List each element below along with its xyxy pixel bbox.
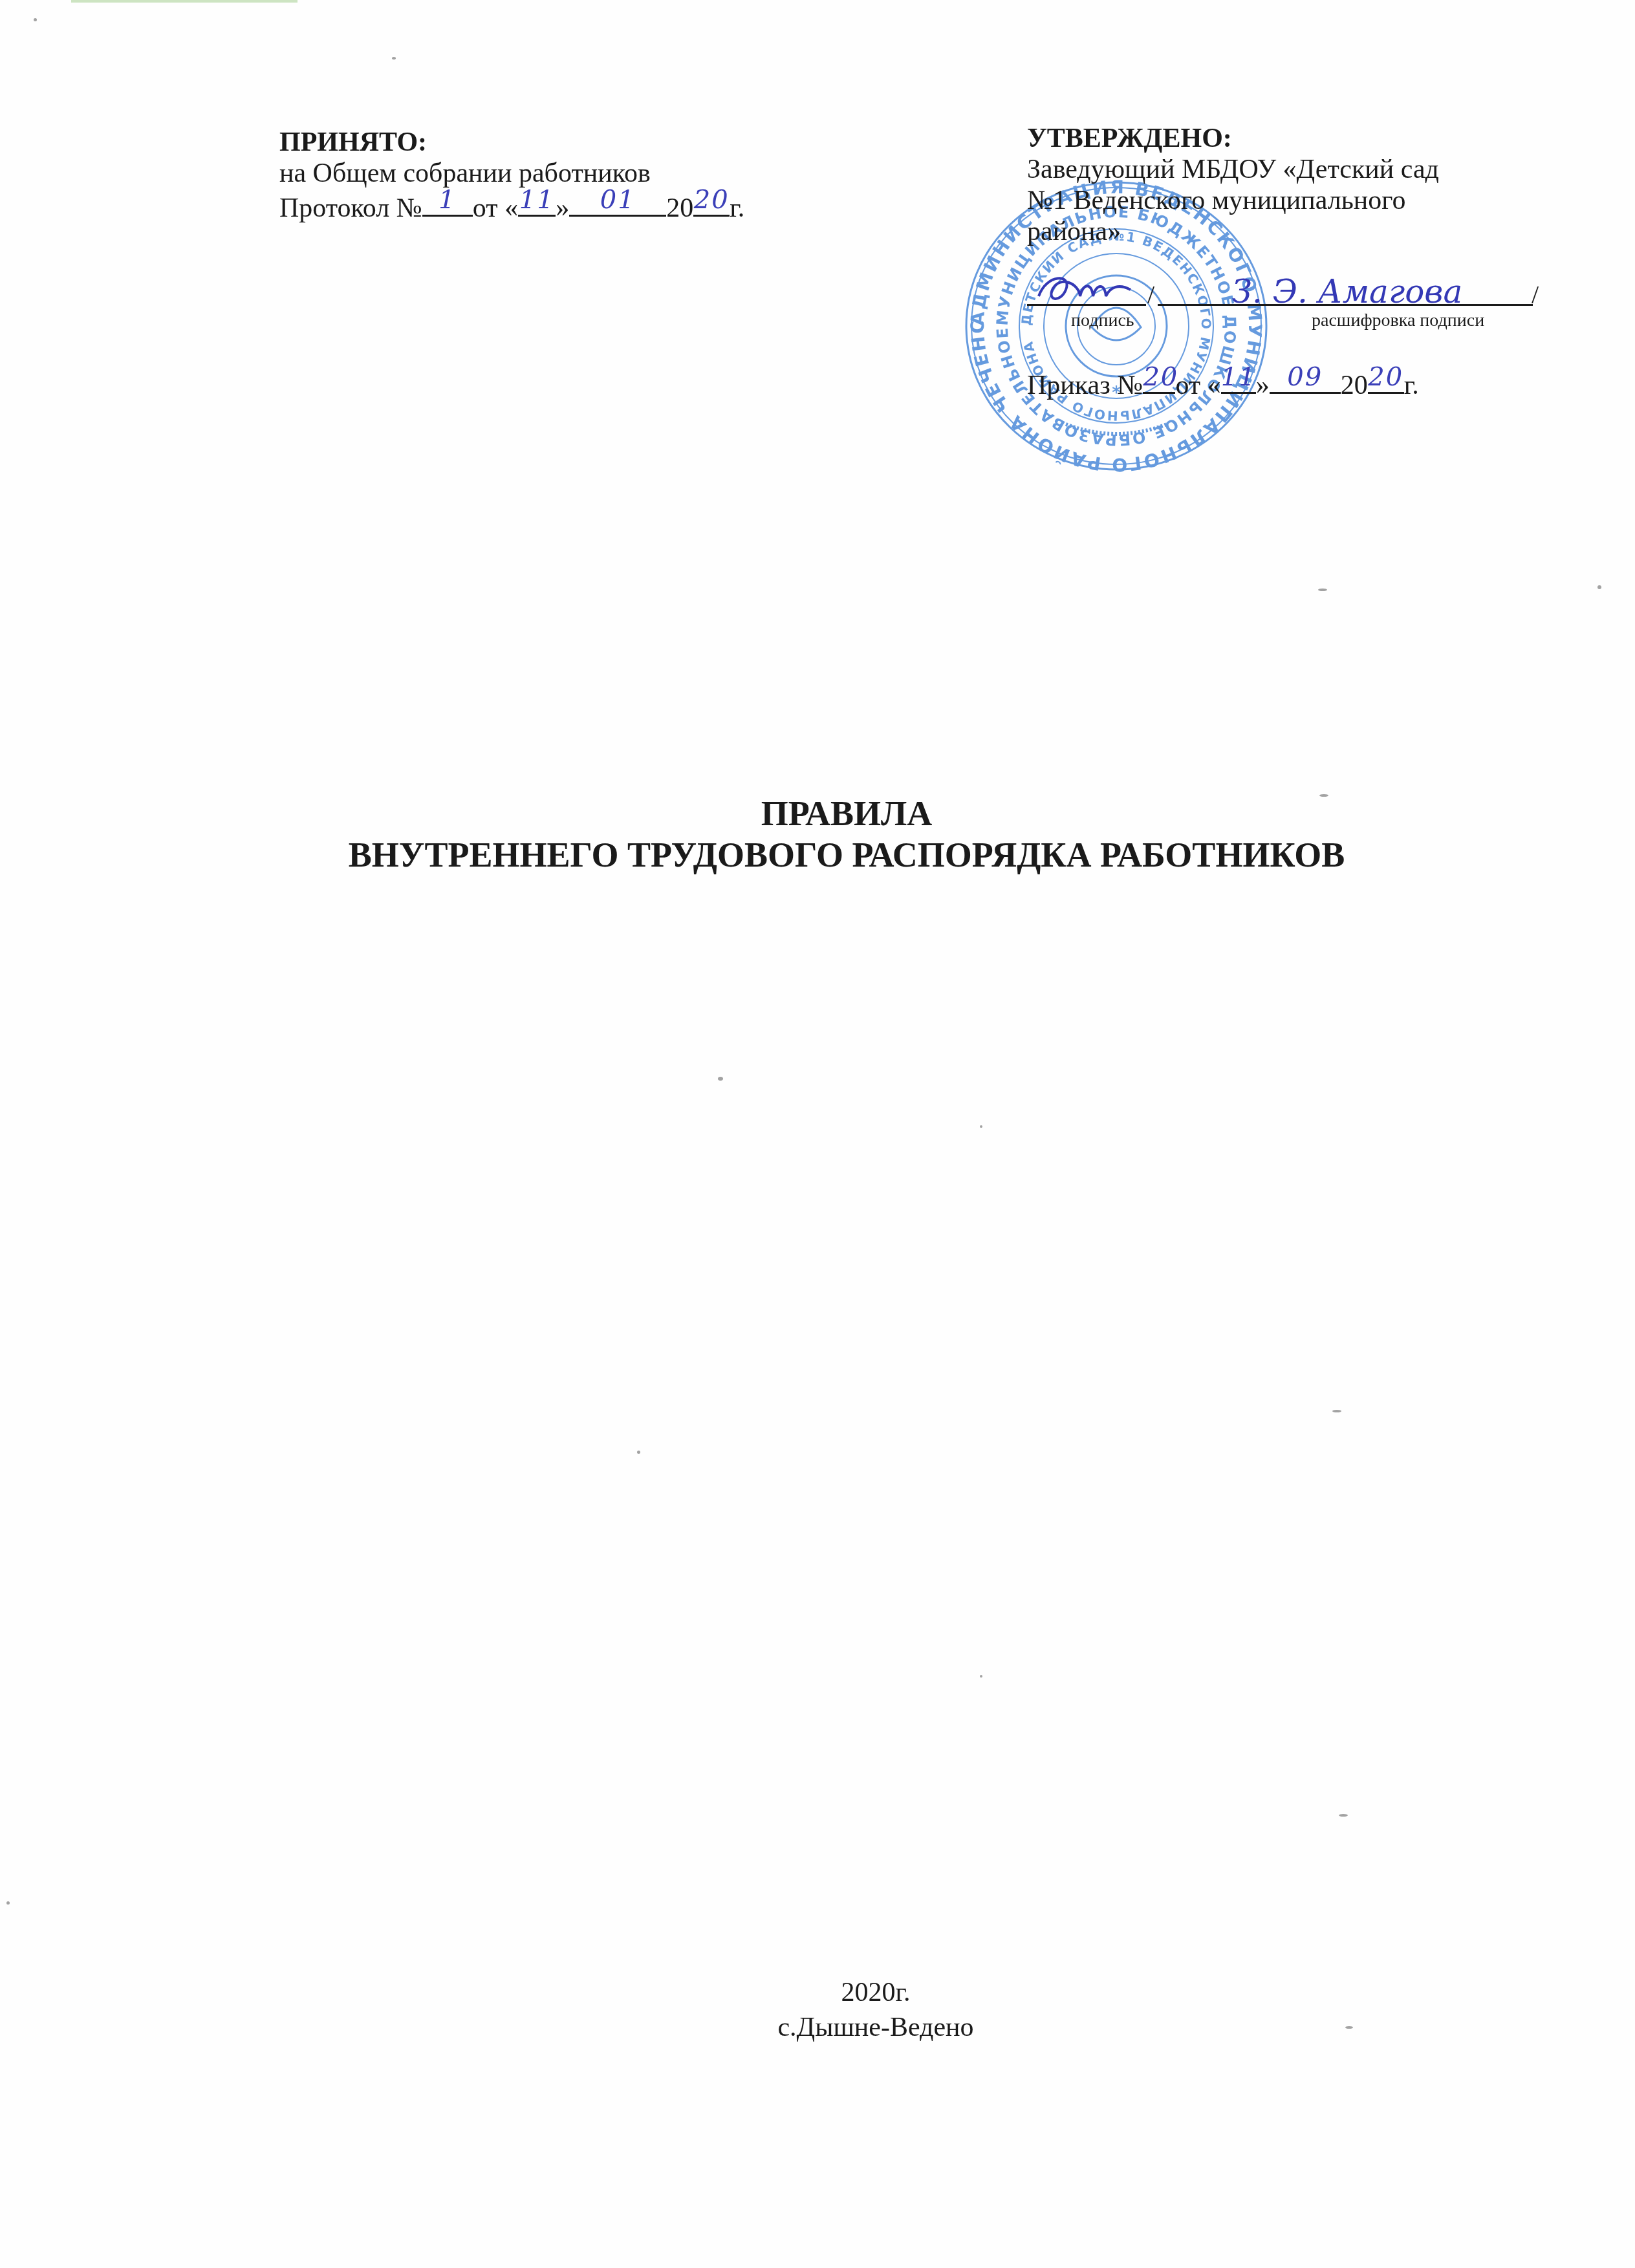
protocol-year-end: г. bbox=[730, 193, 744, 223]
protocol-day-blank: 11 bbox=[518, 189, 556, 217]
signature-separator: / bbox=[1147, 279, 1154, 310]
scan-speck bbox=[1319, 794, 1328, 797]
footer-year: 2020г. bbox=[116, 1975, 1635, 2010]
document-page: ПРИНЯТО: на Общем собрании работников Пр… bbox=[0, 0, 1635, 2268]
signature-label: подпись bbox=[1071, 310, 1134, 331]
protocol-month-handwritten: 01 bbox=[569, 188, 666, 212]
approved-order-line: Приказ №20от «11»092020г. bbox=[1027, 366, 1419, 401]
protocol-year-handwritten: 20 bbox=[693, 188, 730, 212]
title-line2: ВНУТРЕННЕГО ТРУДОВОГО РАСПОРЯДКА РАБОТНИ… bbox=[0, 834, 1635, 876]
order-year-prefix: 20 bbox=[1341, 371, 1368, 400]
order-day-handwritten: 11 bbox=[1221, 365, 1256, 389]
scan-speck bbox=[1318, 589, 1327, 591]
signature-decode-underline bbox=[1158, 304, 1533, 306]
order-day-blank: 11 bbox=[1221, 366, 1256, 394]
scan-speck bbox=[6, 1901, 10, 1905]
scan-speck bbox=[34, 18, 37, 21]
handwritten-signature-icon bbox=[1034, 270, 1143, 307]
signature-underline bbox=[1027, 304, 1146, 306]
accepted-heading: ПРИНЯТО: bbox=[279, 127, 744, 158]
scan-speck bbox=[392, 57, 396, 59]
scan-speck bbox=[1339, 1814, 1348, 1817]
signature-row: / З. Э. Амагова / bbox=[1027, 277, 1544, 307]
signature-end-separator: / bbox=[1532, 279, 1539, 310]
scan-speck bbox=[980, 1125, 982, 1128]
scan-speck bbox=[637, 1451, 640, 1454]
scan-artifact-line bbox=[71, 0, 298, 3]
order-from-label: от « bbox=[1175, 371, 1220, 400]
protocol-from-label: от « bbox=[473, 193, 518, 223]
scan-speck bbox=[1597, 585, 1601, 589]
document-title: ПРАВИЛА ВНУТРЕННЕГО ТРУДОВОГО РАСПОРЯДКА… bbox=[0, 793, 1635, 876]
approved-position-line3: района» bbox=[1027, 216, 1439, 247]
document-footer: 2020г. с.Дышне-Ведено bbox=[0, 1975, 1635, 2045]
scan-speck bbox=[718, 1077, 723, 1081]
order-year-handwritten: 20 bbox=[1368, 365, 1404, 389]
order-year-end: г. bbox=[1404, 371, 1419, 400]
scan-speck bbox=[980, 1675, 982, 1678]
approved-position-line2: №1 Веденского муниципального bbox=[1027, 185, 1439, 216]
protocol-prefix: Протокол № bbox=[279, 193, 422, 223]
order-number-handwritten: 20 bbox=[1143, 365, 1175, 389]
order-number-blank: 20 bbox=[1143, 366, 1175, 394]
accepted-block: ПРИНЯТО: на Общем собрании работников Пр… bbox=[279, 127, 744, 224]
order-month-handwritten: 09 bbox=[1270, 365, 1341, 389]
approved-heading: УТВЕРЖДЕНО: bbox=[1027, 123, 1439, 154]
protocol-number-handwritten: 1 bbox=[422, 188, 473, 212]
signature-decode-label: расшифровка подписи bbox=[1312, 310, 1484, 331]
approved-position-line1: Заведующий МБДОУ «Детский сад bbox=[1027, 154, 1439, 185]
order-quote-close: » bbox=[1256, 371, 1270, 400]
scan-speck bbox=[1345, 2026, 1353, 2029]
protocol-number-blank: 1 bbox=[422, 189, 473, 217]
accepted-meeting-line: на Общем собрании работников bbox=[279, 158, 744, 189]
scan-speck bbox=[1332, 1410, 1341, 1412]
protocol-year-blank: 20 bbox=[693, 189, 730, 217]
approved-block: УТВЕРЖДЕНО: Заведующий МБДОУ «Детский са… bbox=[1027, 123, 1439, 247]
order-month-blank: 09 bbox=[1270, 366, 1341, 394]
title-line1: ПРАВИЛА bbox=[0, 793, 1635, 834]
footer-place: с.Дышне-Ведено bbox=[116, 2010, 1635, 2045]
order-prefix: Приказ № bbox=[1027, 371, 1143, 400]
quote-close: » bbox=[556, 193, 569, 223]
protocol-month-blank: 01 bbox=[569, 189, 666, 217]
order-year-blank: 20 bbox=[1368, 366, 1404, 394]
protocol-year-prefix: 20 bbox=[666, 193, 693, 223]
accepted-protocol-line: Протокол №1от «11»012020г. bbox=[279, 189, 744, 224]
protocol-day-handwritten: 11 bbox=[518, 188, 556, 212]
